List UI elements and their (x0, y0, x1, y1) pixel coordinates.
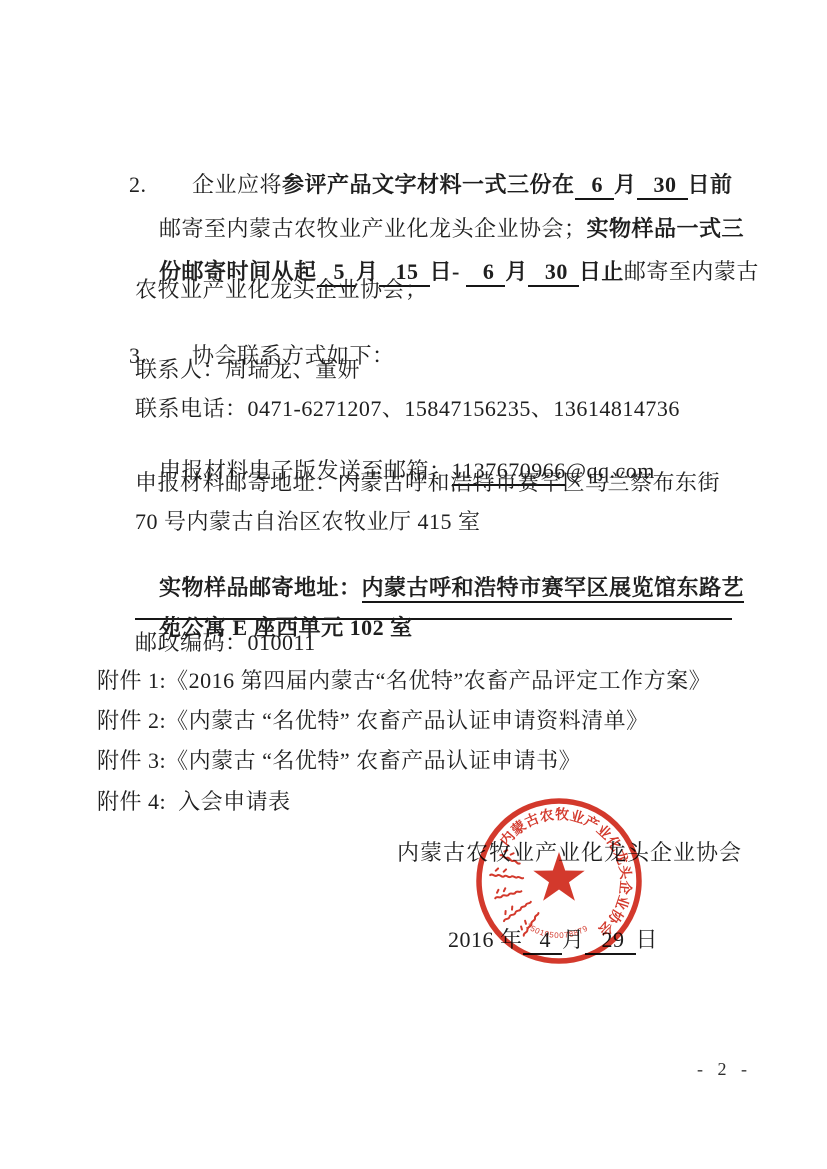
page-number: - 2 - (697, 1056, 752, 1082)
mail-address-line1: 申报材料邮寄地址：内蒙古呼和浩特市赛罕区乌兰察布东街 (135, 470, 720, 496)
item2-l3-month-label2: 月 (505, 259, 528, 284)
attachment-2: 附件 2:《内蒙古 “名优特” 农畜产品认证申请资料清单》 (97, 708, 649, 734)
mongolian-script-icon (500, 848, 522, 864)
attachment-3: 附件 3:《内蒙古 “名优特” 农畜产品认证申请书》 (97, 748, 581, 774)
item2-line4: 农牧业产业化龙头企业协会； (135, 277, 428, 303)
star-icon (533, 852, 584, 901)
item2-end-month-value: 6 (466, 259, 506, 287)
item2-l3-dash: 日- (430, 259, 466, 284)
item2-l3-bold2: 日止 (579, 259, 624, 284)
official-seal: 内蒙古农牧业产业化龙头企业协会 1501050078879 (467, 789, 651, 973)
sample-address-line2: 苑公寓 E 座西单元 102 室 (135, 589, 732, 620)
item2-l3-plain: 邮寄至内蒙古 (624, 259, 759, 284)
item3-heading: 3.协会联系方式如下： (105, 317, 395, 395)
attachment-4: 附件 4: 入会申请表 (97, 789, 291, 815)
mail-address-line2: 70 号内蒙古自治区农牧业厅 415 室 (135, 509, 481, 535)
item2-end-day-value: 30 (528, 259, 579, 287)
postcode-line: 邮政编码：010011 (135, 630, 316, 656)
contact-phone-line: 联系电话：0471-6271207、15847156235、1361481473… (135, 396, 680, 422)
mongolian-script-icon (494, 885, 522, 899)
attachment-1: 附件 1:《2016 第四届内蒙古“名优特”农畜产品评定工作方案》 (97, 668, 711, 694)
document-page: 2.企业应将参评产品文字材料一式三份在6月30日前 邮寄至内蒙古农牧业产业化龙头… (0, 0, 827, 1169)
mongolian-script-icon (500, 896, 532, 921)
seal-code-curve: 1501050078879 (524, 921, 589, 940)
mongolian-script-icon (490, 868, 524, 880)
seal-code: 1501050078879 (524, 921, 589, 940)
contact-person-line: 联系人：周瑞龙、董妍 (135, 357, 360, 383)
